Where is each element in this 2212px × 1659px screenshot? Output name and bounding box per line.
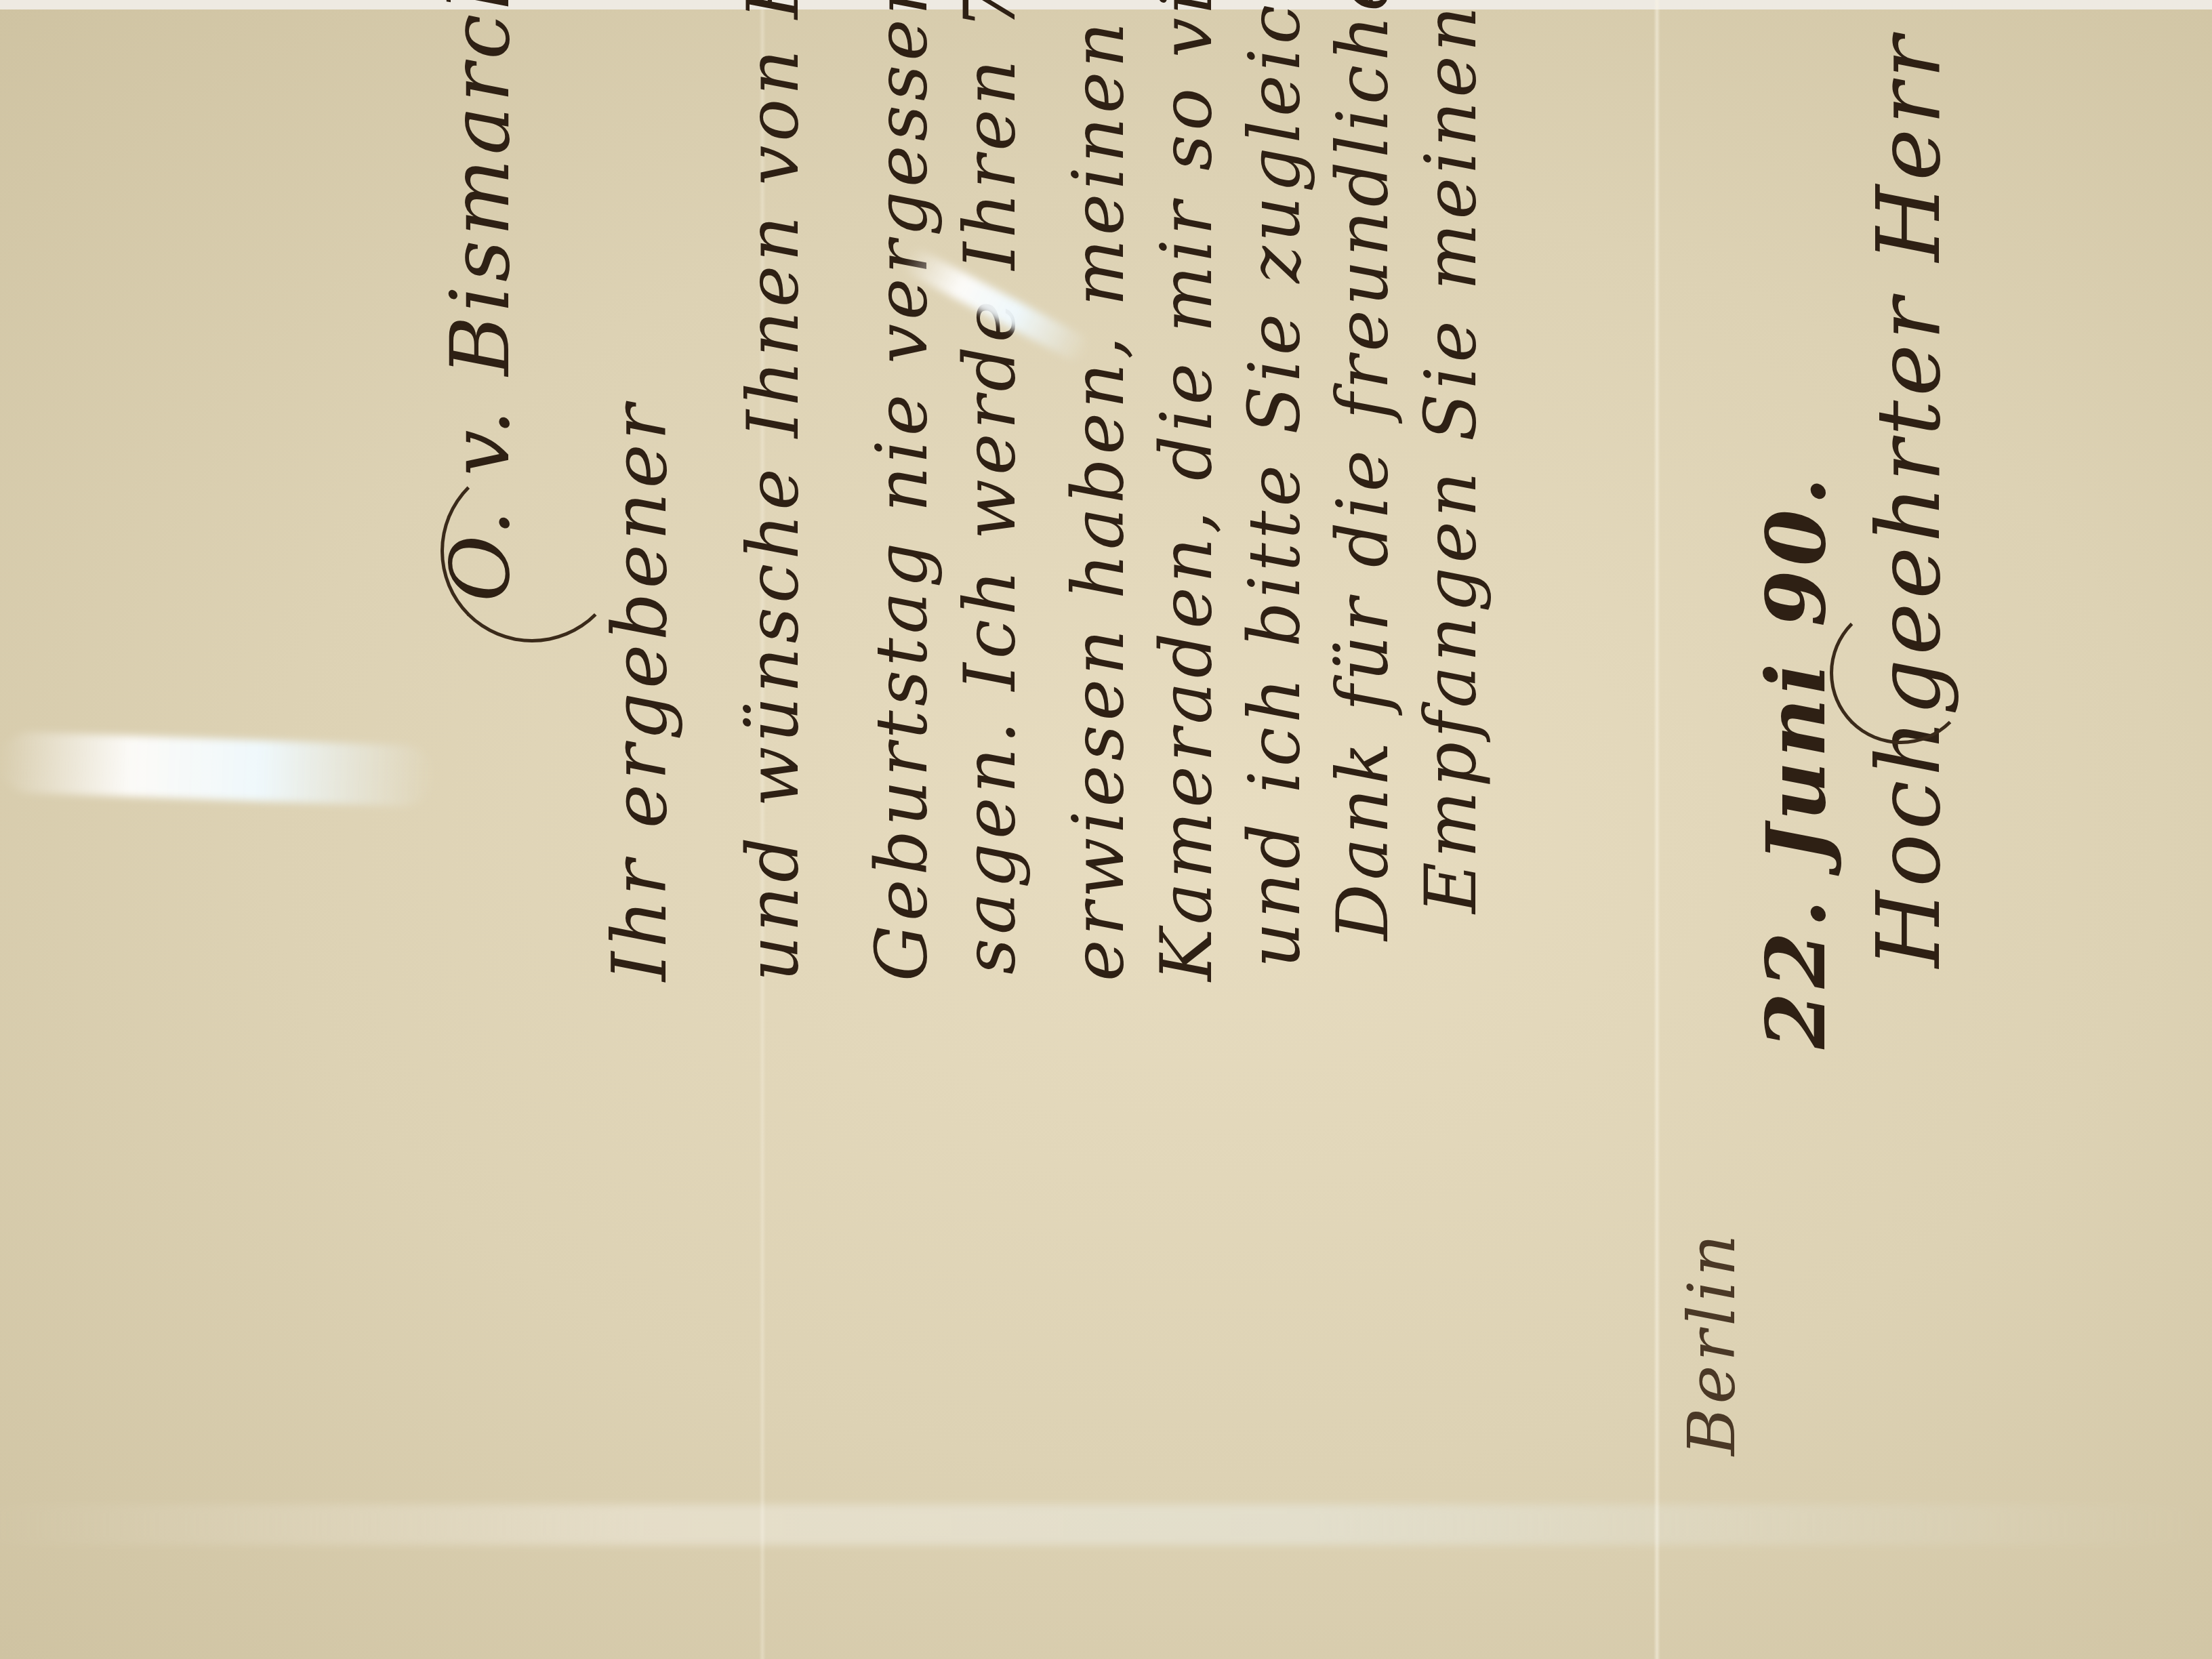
body-line: Kameraden, die mir so viel Liebe <box>1145 0 1228 981</box>
letter-content: Berlin 22. Juni 90. Hochgeehrter Herr Co… <box>0 0 2212 1659</box>
glass-glare <box>0 1504 2209 1545</box>
heading-date: 22. Juni 90. <box>1748 473 1844 1049</box>
body-line: und wünsche Ihnen von Herzen <box>732 0 815 981</box>
body-line: erwiesen haben, meinen Gruß zu <box>1057 0 1140 981</box>
salutation-flourish <box>1830 602 1972 744</box>
body-line: Geburtstag nie vergessen, <box>861 0 943 981</box>
heading-place: Berlin <box>1674 1231 1750 1456</box>
salutation: Hochgeehrter Herr Constanz. <box>1857 0 1960 968</box>
body-line: Dank für die freundlichen Worte, <box>1322 0 1404 941</box>
closing: Ihr ergebener <box>596 401 683 981</box>
body-line: sagen. Ich werde Ihren 70. <box>949 0 1031 975</box>
signature-flourish <box>441 459 623 642</box>
body-line: Empfangen Sie meinen herzlichsten <box>1410 0 1492 914</box>
body-line: und ich bitte Sie zugleich meinen <box>1233 0 1316 968</box>
